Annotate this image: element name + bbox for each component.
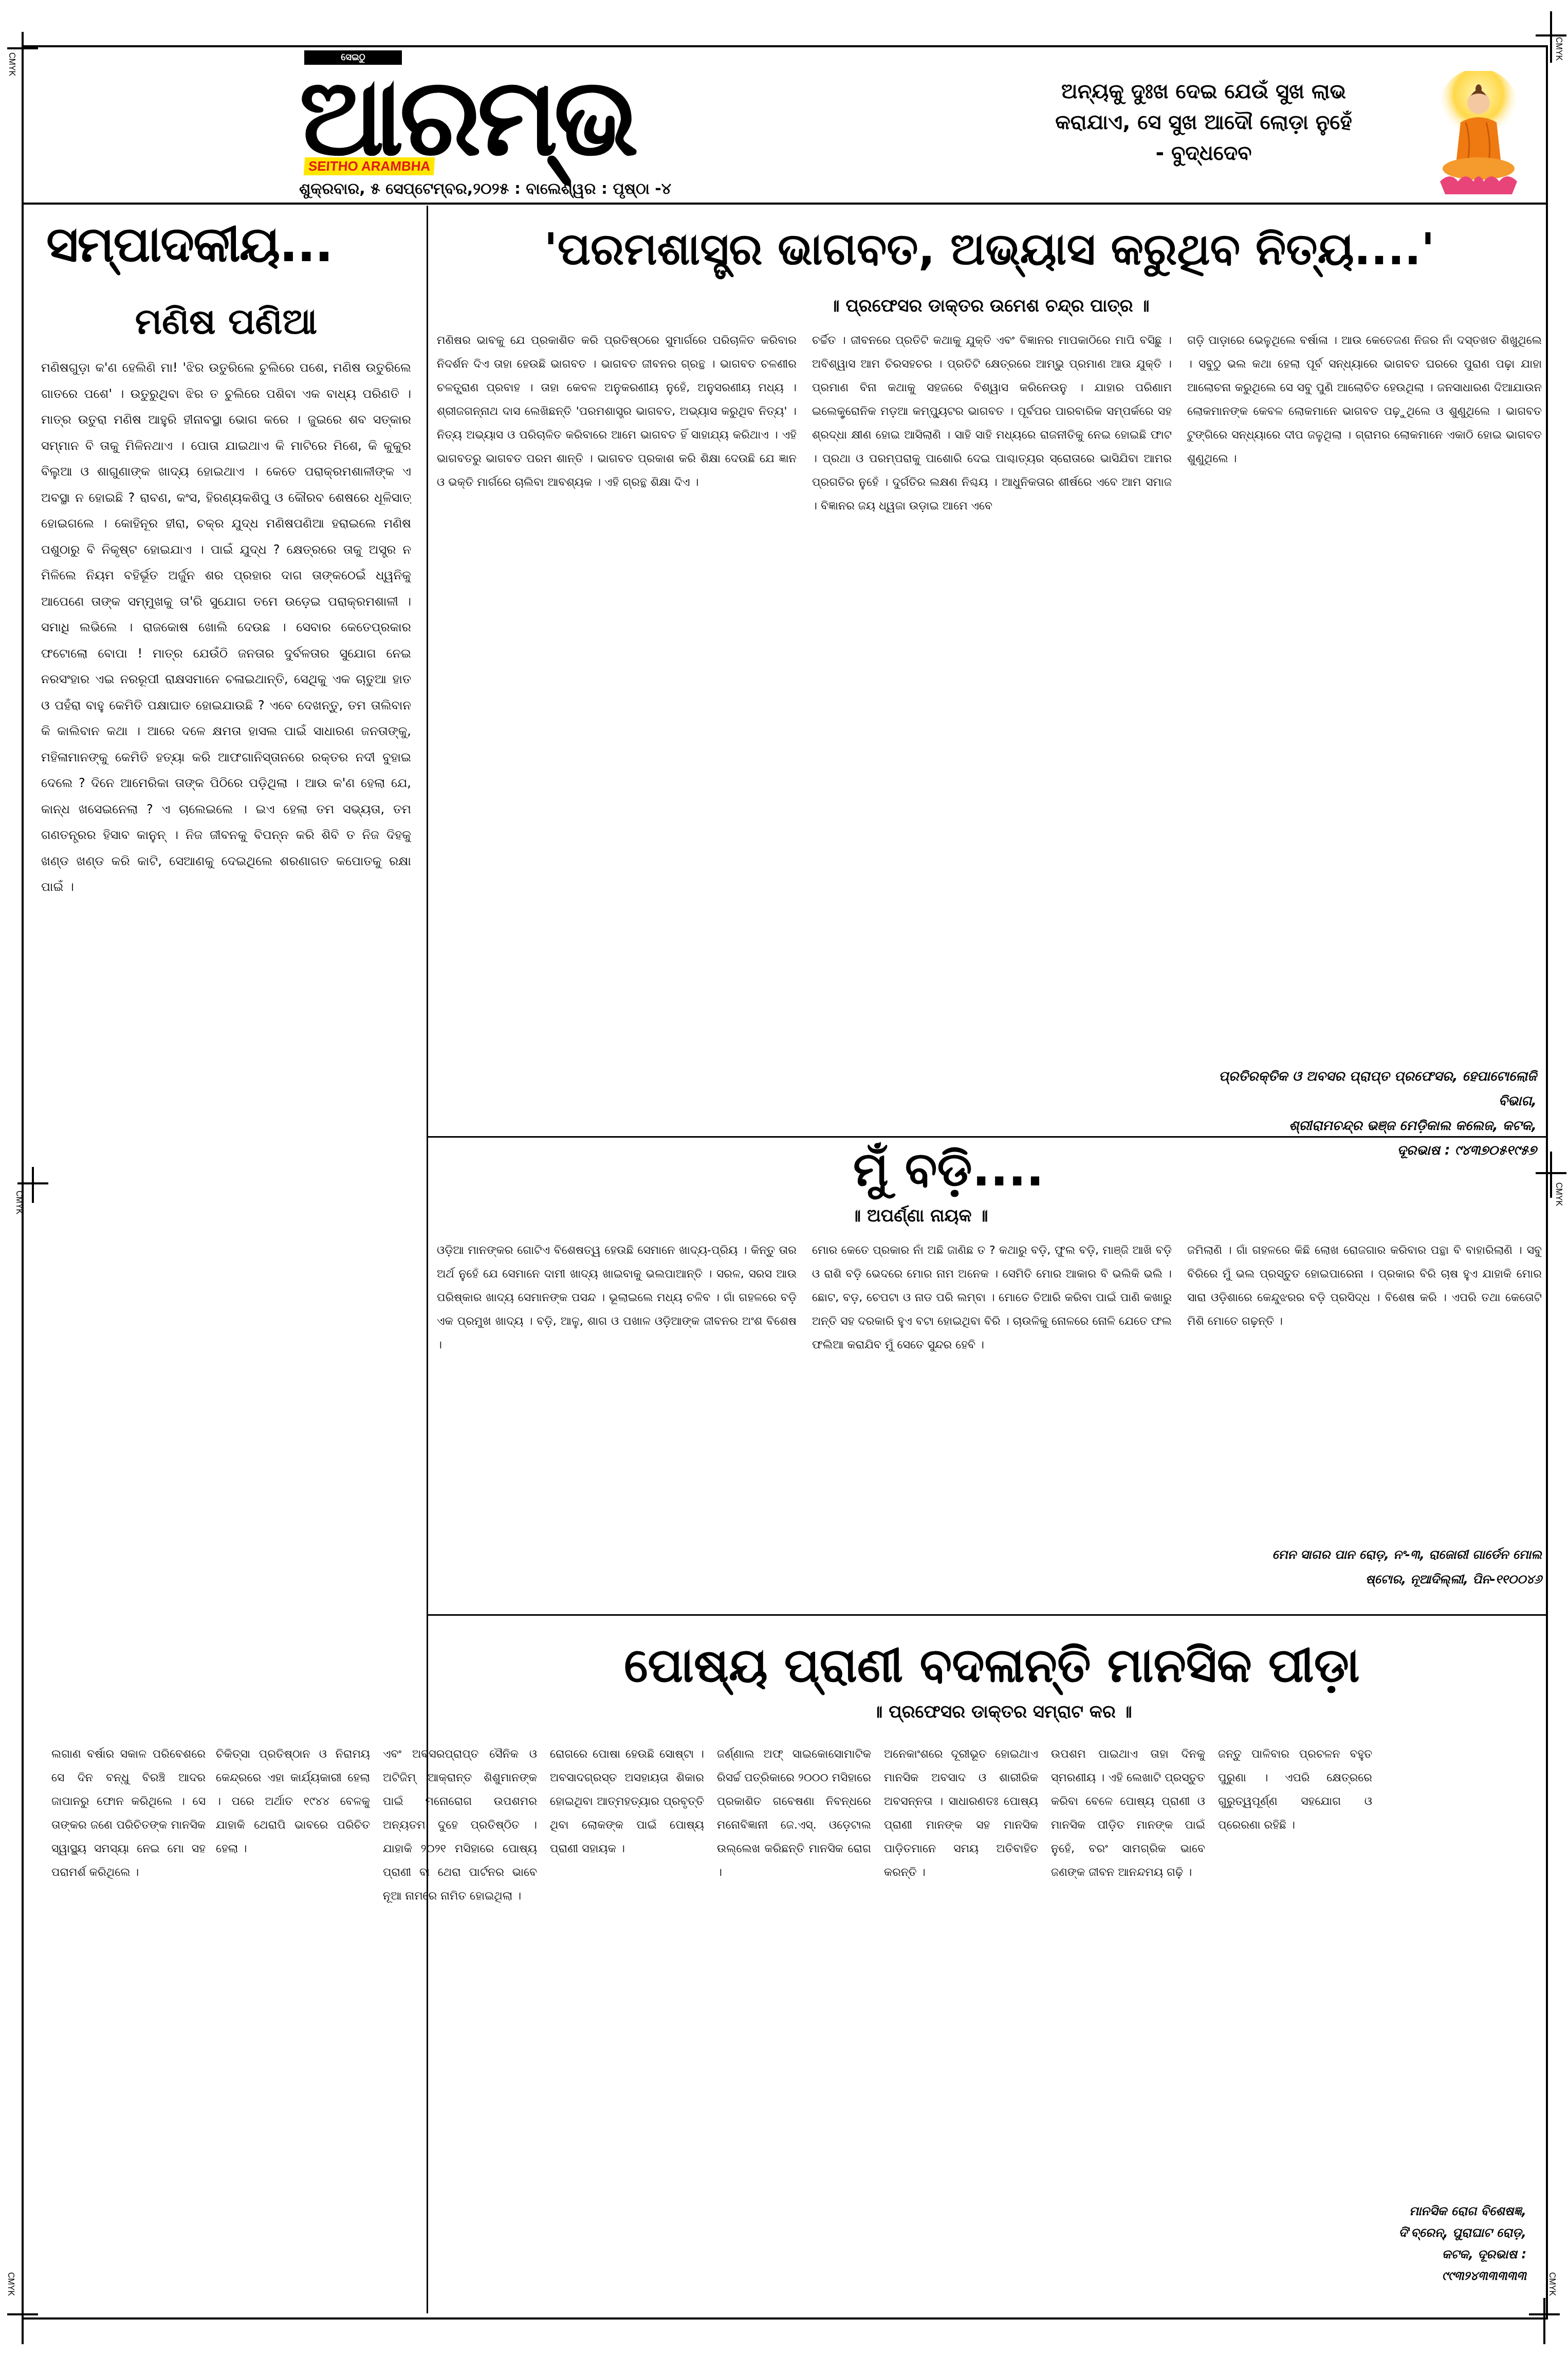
article3-column-1: ଲଗାଣ ବର୍ଷାର ସକାଳ ପରିବେଶରେ ସେ ଦିନ ବନ୍ଧୁ ବ… (51, 1743, 206, 2313)
article3-signature: ମାନସିକ ରୋଗ ବିଶେଷଜ୍ଞ, ଦି'ବ୍ରେନ୍, ପୁରାଘାଟ … (1336, 2200, 1526, 2287)
article2-column-2: ମୋର କେତେ ପ୍ରକାର ନାଁ ଅଛି ଜାଣିଛ ତ ? କଥାରୁ … (812, 1239, 1172, 1599)
cmyk-label: CMYK (8, 52, 15, 76)
article3-byline: ॥ ପ୍ରଫେସର ଡାକ୍ତର ସମ୍ରାଟ କର ॥ (617, 1702, 1388, 1722)
quote-box: ଅନ୍ୟକୁ ଦୁଃଖ ଦେଇ ଯେଉଁ ସୁଖ ଲାଭ କରାଯାଏ, ସେ … (1019, 76, 1389, 169)
quote-attribution: - ବୁଦ୍ଧଦେବ (1019, 138, 1389, 169)
article1-column-3: ଗଡ଼ି ପାଡ଼ାରେ ଭେଳୁଥିଲେ ବର୍ଷାଳା । ଆଉ କେତେଜ… (1187, 329, 1542, 1059)
article1-signature: ପ୍ରତିରକ୍ତିକ ଓ ଅବସର ପ୍ରାପ୍ତ ପ୍ରଫେସର, ହେପା… (1182, 1064, 1537, 1163)
article1-title: 'ପରମଶାସ୍ତ୍ର ଭାଗବତ, ଅଭ୍ୟାସ କରୁଥିବ ନିତ୍ୟ..… (437, 221, 1542, 278)
masthead: ସେଇଠୁ ଆରମ୍ଭ SEITHO ARAMBHA ଶୁକ୍ରବାର, ୫ ସ… (22, 45, 1548, 205)
article1-byline: ॥ ପ୍ରଫେସର ଡାକ୍ତର ଉମେଶ ଚନ୍ଦ୍ର ପାତ୍ର ॥ (668, 296, 1311, 316)
cmyk-label: CMYK (7, 2272, 14, 2296)
dateline: ଶୁକ୍ରବାର, ୫ ସେପ୍ଟେମ୍ବର,୨୦୨୫ : ବାଲେଶ୍ୱର :… (299, 180, 671, 198)
buddha-icon (1430, 71, 1527, 199)
cmyk-label: CMYK (1548, 2272, 1556, 2296)
logo-wordmark: ଆରମ୍ଭ (299, 61, 635, 174)
article2-column-1: ଓଡ଼ିଆ ମାନଙ୍କର ଗୋଟିଏ ବିଶେଷତ୍ୱ ହେଉଛି ସେମାନ… (437, 1239, 797, 1599)
quote-line: ଅନ୍ୟକୁ ଦୁଃଖ ଦେଇ ଯେଉଁ ସୁଖ ଲାଭ (1019, 76, 1389, 107)
article3-column-6: ଅନେକାଂଶରେ ଦୂରୀଭୂତ ହୋଇଥାଏ ମାନସିକ ଅବସାଦ ଓ … (884, 1743, 1038, 2313)
article2-byline: ॥ ଅପର୍ଣ୍ଣା ନାୟକ ॥ (851, 1206, 988, 1226)
article3-title: ପୋଷ୍ୟ ପ୍ରାଣୀ ବଦଳାନ୍ତି ମାନସିକ ପୀଡ଼ା (427, 1635, 1557, 1696)
newspaper-logo: ସେଇଠୁ ଆରମ୍ଭ SEITHO ARAMBHA (304, 50, 520, 179)
cmyk-label: CMYK (1555, 1182, 1562, 1206)
logo-tagline: SEITHO ARAMBHA (304, 157, 435, 175)
section-divider (427, 1614, 1548, 1616)
article1-column-1: ମଣିଷର ଭାବକୁ ଯେ ପ୍ରକାଶିତ କରି ପ୍ରତିଷ୍ଠରେ ସ… (437, 329, 797, 1131)
article2-signature: ମେନ ସାଗର ପାନ ରୋଡ଼, ନଂ-୩, ରାଜୋରୀ ଗାର୍ଡେନ … (1156, 1542, 1542, 1592)
article2-title: ମୁଁ ବଡ଼ି.... (853, 1141, 1044, 1198)
article2-column-3: ଜମିଲାଣି । ଗାଁ ଗହଳରେ କିଛି ଲୋଖ ରୋଜଗାର କରିବ… (1187, 1239, 1542, 1527)
article3-column-3: ଏବଂ ଅବସରପ୍ରାପ୍ତ ସୈନିକ ଓ ଅଟିଜିମ୍ ଆକ୍ରାନ୍ତ… (383, 1743, 537, 2313)
article1-column-2: ଚର୍ଚ୍ଚିତ । ଜୀବନରେ ପ୍ରତିଟି କଥାକୁ ଯୁକ୍ତି ଏ… (812, 329, 1172, 1131)
article3-column-2: ଚିକିତ୍ସା ପ୍ରତିଷ୍ଠାନ ଓ ନିରାମୟ କେନ୍ଦ୍ରରେ ଏ… (216, 1743, 370, 2313)
section-divider (427, 1136, 1548, 1138)
editorial-title: ସମ୍ପାଦକୀୟ... (41, 211, 411, 278)
editorial-headline: ମଣିଷ ପଣିଆ (41, 298, 411, 344)
quote-line: କରାଯାଏ, ସେ ସୁଖ ଆଦୌ ଲୋଡ଼ା ନୁହେଁ (1019, 107, 1389, 138)
article3-column-8: ଜନ୍ତୁ ପାଳିବାର ପ୍ରଚଳନ ବହୁତ ପୁରୁଣା । ଏପରି … (1218, 1743, 1372, 2195)
article3-column-4: ରୋଗରେ ପୋଷା ହେଉଛି ସୋଷ୍ଟା । ଅବସାଦଗ୍ରସ୍ତ ଅସ… (550, 1743, 704, 2313)
article3-column-5: ଜର୍ଣ୍ଣାଲ ଅଫ୍ ସାଇକୋସୋମାଟିକ ରିସର୍ଚ୍ଚ ପତ୍ରି… (717, 1743, 871, 2313)
cmyk-label: CMYK (1555, 37, 1562, 61)
article3-column-7: ଉପଶମ ପାଇଥାଏ ତାହା ଦିନକୁ ସ୍ମରଣୀୟ । ଏହି ଲେଖ… (1051, 1743, 1205, 2313)
